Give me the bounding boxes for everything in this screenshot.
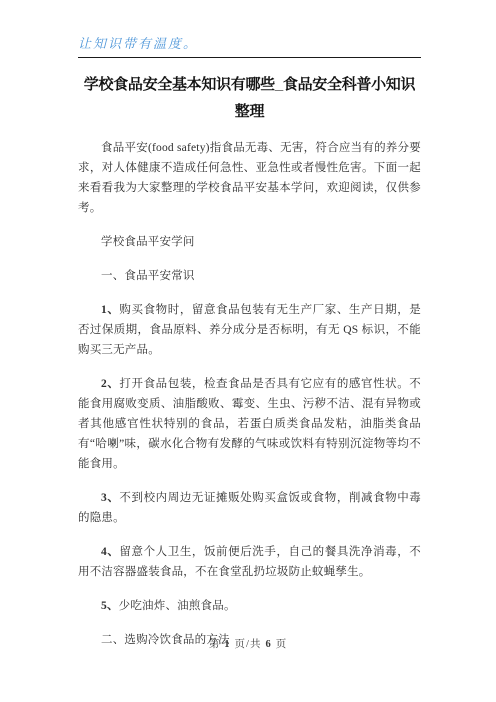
document-title-line1: 学校食品安全基本知识有哪些_食品安全科普小知识 — [78, 71, 421, 98]
document-title: 学校食品安全基本知识有哪些_食品安全科普小知识 整理 — [78, 71, 421, 125]
list-item-5: 5、少吃油炸、油煎食品。 — [78, 596, 421, 616]
footer-page-number: 1 — [224, 639, 230, 650]
page-content: 让知识带有温度。 学校食品安全基本知识有哪些_食品安全科普小知识 整理 食品平安… — [0, 0, 496, 650]
list-item-1: 1、购买食物时，留意食品包装有无生产厂家、生产日期，是否过保质期，食品原料、养分… — [78, 300, 421, 360]
document-title-line2: 整理 — [78, 98, 421, 125]
footer-total-pages: 6 — [265, 639, 271, 650]
page-footer: 第1页/共6页 — [0, 636, 496, 651]
footer-suffix: 页 — [276, 639, 288, 650]
header-rule — [78, 57, 421, 58]
document-body: 食品平安(food safety)指食品无毒、无害，符合应当有的养分要求，对人体… — [78, 138, 421, 650]
section-heading-1: 一、食品平安常识 — [78, 266, 421, 286]
intro-paragraph: 食品平安(food safety)指食品无毒、无害，符合应当有的养分要求，对人体… — [78, 138, 421, 218]
list-item-2: 2、打开食品包装，检查食品是否具有它应有的感官性状。不能食用腐败变质、油脂酸败、… — [78, 374, 421, 474]
list-item-3: 3、不到校内周边无证摊贩处购买盒饭或食物，削减食物中毒的隐患。 — [78, 488, 421, 528]
footer-prefix: 第 — [209, 639, 221, 650]
subtitle-paragraph: 学校食品平安学问 — [78, 232, 421, 252]
header-slogan: 让知识带有温度。 — [78, 35, 421, 52]
footer-middle: 页/共 — [235, 639, 262, 650]
document-page: 让知识带有温度。 学校食品安全基本知识有哪些_食品安全科普小知识 整理 食品平安… — [0, 0, 496, 702]
list-item-4: 4、留意个人卫生，饭前便后洗手，自己的餐具洗净消毒，不用不洁容器盛装食品，不在食… — [78, 542, 421, 582]
